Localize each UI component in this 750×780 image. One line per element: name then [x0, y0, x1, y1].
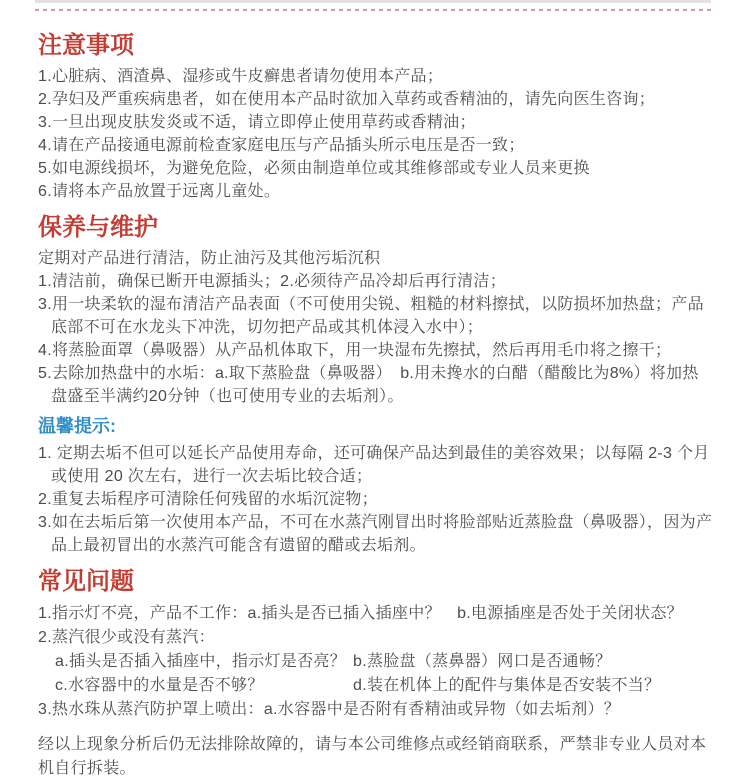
section-faq: 常见问题 1.指示灯不亮，产品不工作：a.插头是否已插入插座中？ b.电源插座是… — [38, 569, 714, 721]
notice-item: 6.请将本产品放置于远离儿童处。 — [38, 180, 714, 203]
maintenance-intro: 定期对产品进行清洁，防止油污及其他污垢沉积 — [38, 247, 714, 270]
tips-title: 温馨提示: — [38, 414, 714, 438]
faq-option-row: a.插头是否插入插座中，指示灯是否亮？ b.蒸脸盘（蒸鼻器）网口是否通畅？ — [38, 650, 714, 674]
product-manual-page: 注意事项 1.心脏病、酒渣鼻、湿疹或牛皮癣患者请勿使用本产品； 2.孕妇及严重疾… — [0, 0, 750, 780]
section-maintenance: 保养与维护 定期对产品进行清洁，防止油污及其他污垢沉积 1.清洁前，确保已断开电… — [38, 215, 714, 408]
faq-question: 2.蒸汽很少或没有蒸汽： — [38, 626, 714, 650]
previous-section-edge — [35, 0, 711, 3]
tip-item: 2.重复去垢程序可清除任何残留的水垢沉淀物； — [38, 488, 714, 511]
notice-item: 1.心脏病、酒渣鼻、湿疹或牛皮癣患者请勿使用本产品； — [38, 65, 714, 88]
section-faq-title: 常见问题 — [38, 569, 714, 594]
footer-note: 经以上现象分析后仍无法排除故障的，请与本公司维修点或经销商联系，严禁非专业人员对… — [38, 733, 714, 780]
maintenance-item: 3.用一块柔软的湿布清洁产品表面（不可使用尖锐、粗糙的材料擦拭，以防损坏加热盘；… — [38, 293, 714, 339]
faq-option: a.插头是否插入插座中，指示灯是否亮？ — [55, 650, 353, 674]
faq-option: c.水容器中的水量是否不够？ — [55, 674, 353, 698]
section-notice-title: 注意事项 — [38, 33, 714, 58]
maintenance-item: 1.清洁前，确保已断开电源插头；2.必须待产品冷却后再行清洁； — [38, 270, 714, 293]
faq-option-row: c.水容器中的水量是否不够？ d.装在机体上的配件与集体是否安装不当？ — [38, 674, 714, 698]
notice-item: 2.孕妇及严重疾病患者，如在使用本产品时欲加入草药或香精油的，请先向医生咨询； — [38, 88, 714, 111]
dashed-divider — [35, 9, 711, 11]
notice-item: 5.如电源线损坏，为避免危险，必须由制造单位或其维修部或专业人员来更换 — [38, 157, 714, 180]
maintenance-item: 5.去除加热盘中的水垢：a.取下蒸脸盘（鼻吸器） b.用未搀水的白醋（醋酸比为8… — [38, 362, 714, 408]
tip-item: 3.如在去垢后第一次使用本产品，不可在水蒸汽刚冒出时将脸部贴近蒸脸盘（鼻吸器），… — [38, 511, 714, 557]
section-notice: 注意事项 1.心脏病、酒渣鼻、湿疹或牛皮癣患者请勿使用本产品； 2.孕妇及严重疾… — [38, 0, 714, 203]
section-tips: 温馨提示: 1. 定期去垢不但可以延长产品使用寿命，还可确保产品达到最佳的美容效… — [38, 414, 714, 557]
faq-question: 1.指示灯不亮，产品不工作：a.插头是否已插入插座中？ b.电源插座是否处于关闭… — [38, 602, 714, 626]
notice-item: 4.请在产品接通电源前检查家庭电压与产品插头所示电压是否一致； — [38, 134, 714, 157]
section-maintenance-title: 保养与维护 — [38, 215, 714, 240]
maintenance-item: 4.将蒸脸面罩（鼻吸器）从产品机体取下，用一块湿布先擦拭，然后再用毛巾将之擦干； — [38, 339, 714, 362]
faq-question: 3.热水珠从蒸汽防护罩上喷出：a.水容器中是否附有香精油或异物（如去垢剂）？ — [38, 698, 714, 722]
tip-item: 1. 定期去垢不但可以延长产品使用寿命，还可确保产品达到最佳的美容效果；以每隔 … — [38, 442, 714, 488]
notice-item: 3.一旦出现皮肤发炎或不适，请立即停止使用草药或香精油； — [38, 111, 714, 134]
faq-option: b.蒸脸盘（蒸鼻器）网口是否通畅？ — [353, 650, 714, 674]
faq-option: d.装在机体上的配件与集体是否安装不当？ — [353, 674, 714, 698]
